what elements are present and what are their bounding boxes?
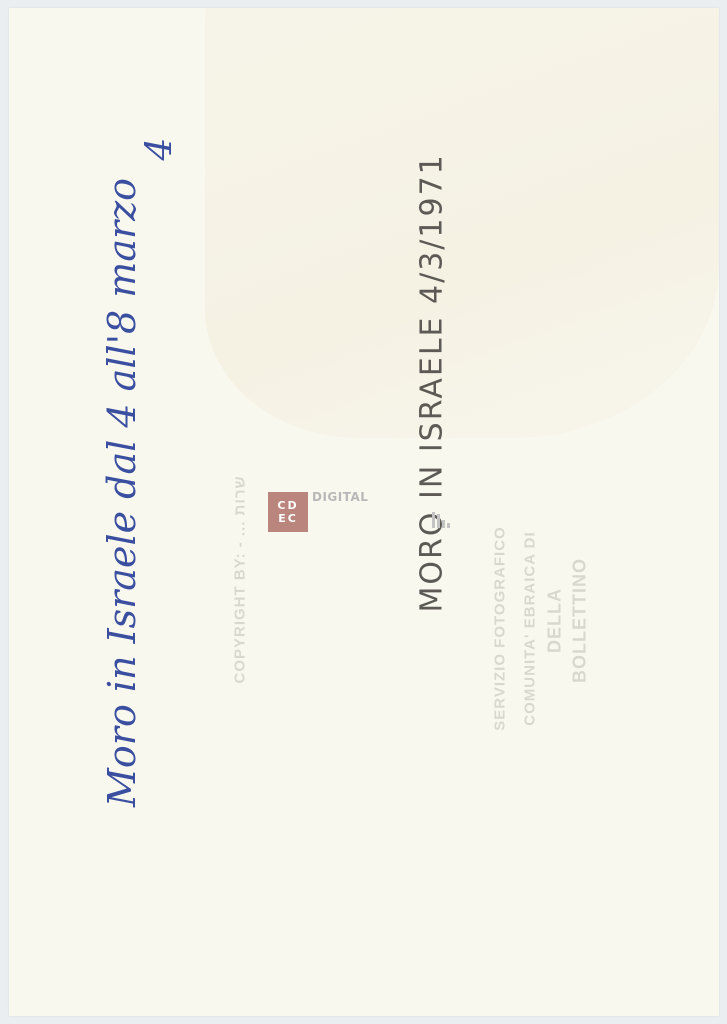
bollettino-stamp-line4: SERVIZIO FOTOGRAFICO bbox=[492, 499, 509, 759]
handwritten-number: 4 bbox=[140, 121, 181, 161]
torn-paper-area bbox=[205, 8, 719, 438]
digital-label: DIGITAL bbox=[312, 490, 368, 504]
cdec-logo: CD EC bbox=[268, 492, 308, 532]
bollettino-stamp-line1: BOLLETTINO bbox=[570, 546, 591, 696]
pencil-annotation: MORO IN ISRAELE 4/3/1971 bbox=[415, 73, 450, 613]
bollettino-stamp-line3: COMUNITA' EBRAICA DI bbox=[522, 499, 539, 759]
bar-chart-icon bbox=[432, 512, 450, 528]
logo-line1: CD bbox=[277, 499, 298, 512]
bollettino-stamp-line2: DELLA bbox=[545, 546, 566, 696]
copyright-stamp: COPYRIGHT BY: - ... שרות bbox=[232, 324, 249, 684]
logo-line2: EC bbox=[277, 512, 298, 525]
handwritten-caption: Moro in Israele dal 4 all'8 marzo bbox=[100, 27, 144, 807]
